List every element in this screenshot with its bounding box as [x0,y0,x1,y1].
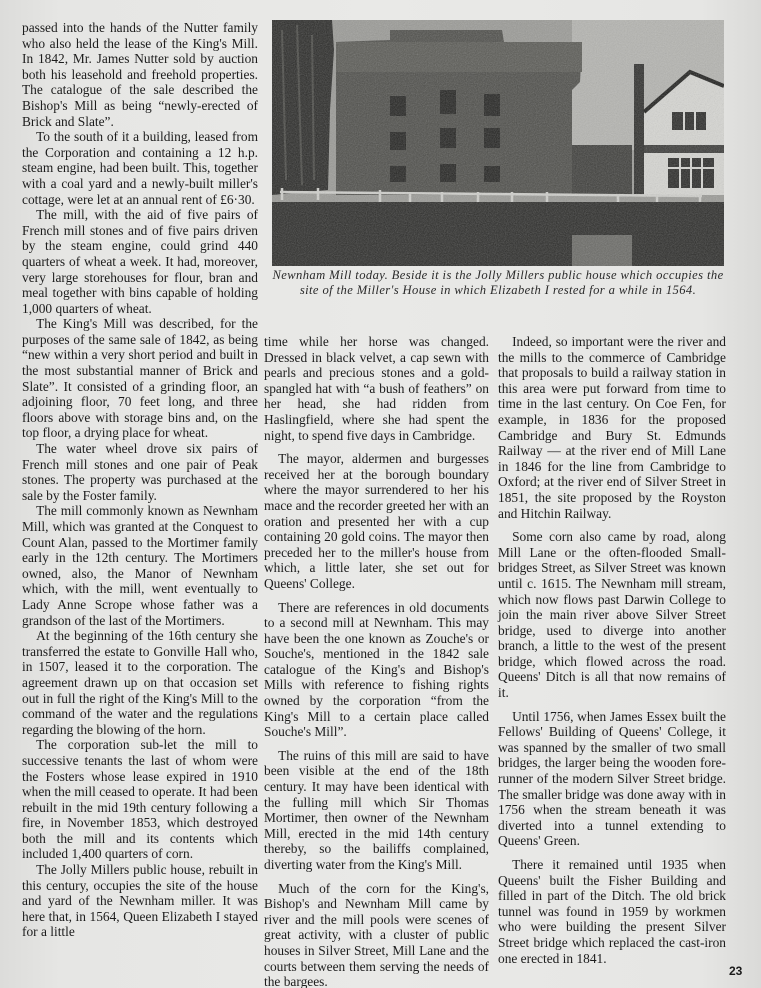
paragraph: The corporation sub-let the mill to succ… [22,737,258,862]
paragraph: There are references in old docu­ments t… [264,600,489,740]
paragraph: Some corn also came by road, along Mill … [498,529,726,701]
paragraph: To the south of it a building, leased fr… [22,129,258,207]
text-column-middle: time while her horse was changed. Dresse… [264,334,489,988]
paragraph: The Jolly Millers public house, re­built… [22,862,258,940]
paragraph: The King's Mill was described, for the p… [22,316,258,441]
paragraph: The mayor, aldermen and burgesses receiv… [264,451,489,591]
text-column-right: Indeed, so important were the river and … [498,334,726,966]
paragraph: Indeed, so important were the river and … [498,334,726,521]
mill-photo-illustration [272,20,724,266]
book-page: passed into the hands of the Nutter fami… [0,0,761,988]
text-column-left: passed into the hands of the Nutter fami… [22,20,258,940]
paragraph: passed into the hands of the Nutter fami… [22,20,258,129]
paragraph: The water wheel drove six pairs of Frenc… [22,441,258,503]
paragraph: The mill, with the aid of five pairs of … [22,207,258,316]
paragraph: At the beginning of the 16th century she… [22,628,258,737]
paragraph: Until 1756, when James Essex built the F… [498,709,726,849]
paragraph: There it remained until 1935 when Queens… [498,857,726,966]
paragraph: The mill commonly known as Newnham Mill,… [22,503,258,628]
paragraph: The ruins of this mill are said to have … [264,748,489,873]
paragraph: Much of the corn for the King's, Bishop'… [264,881,489,988]
paragraph: time while her horse was changed. Dresse… [264,334,489,443]
newnham-mill-photo [272,20,724,266]
photo-caption: Newnham Mill today. Beside it is the Jol… [272,268,724,297]
page-number: 23 [729,964,742,978]
